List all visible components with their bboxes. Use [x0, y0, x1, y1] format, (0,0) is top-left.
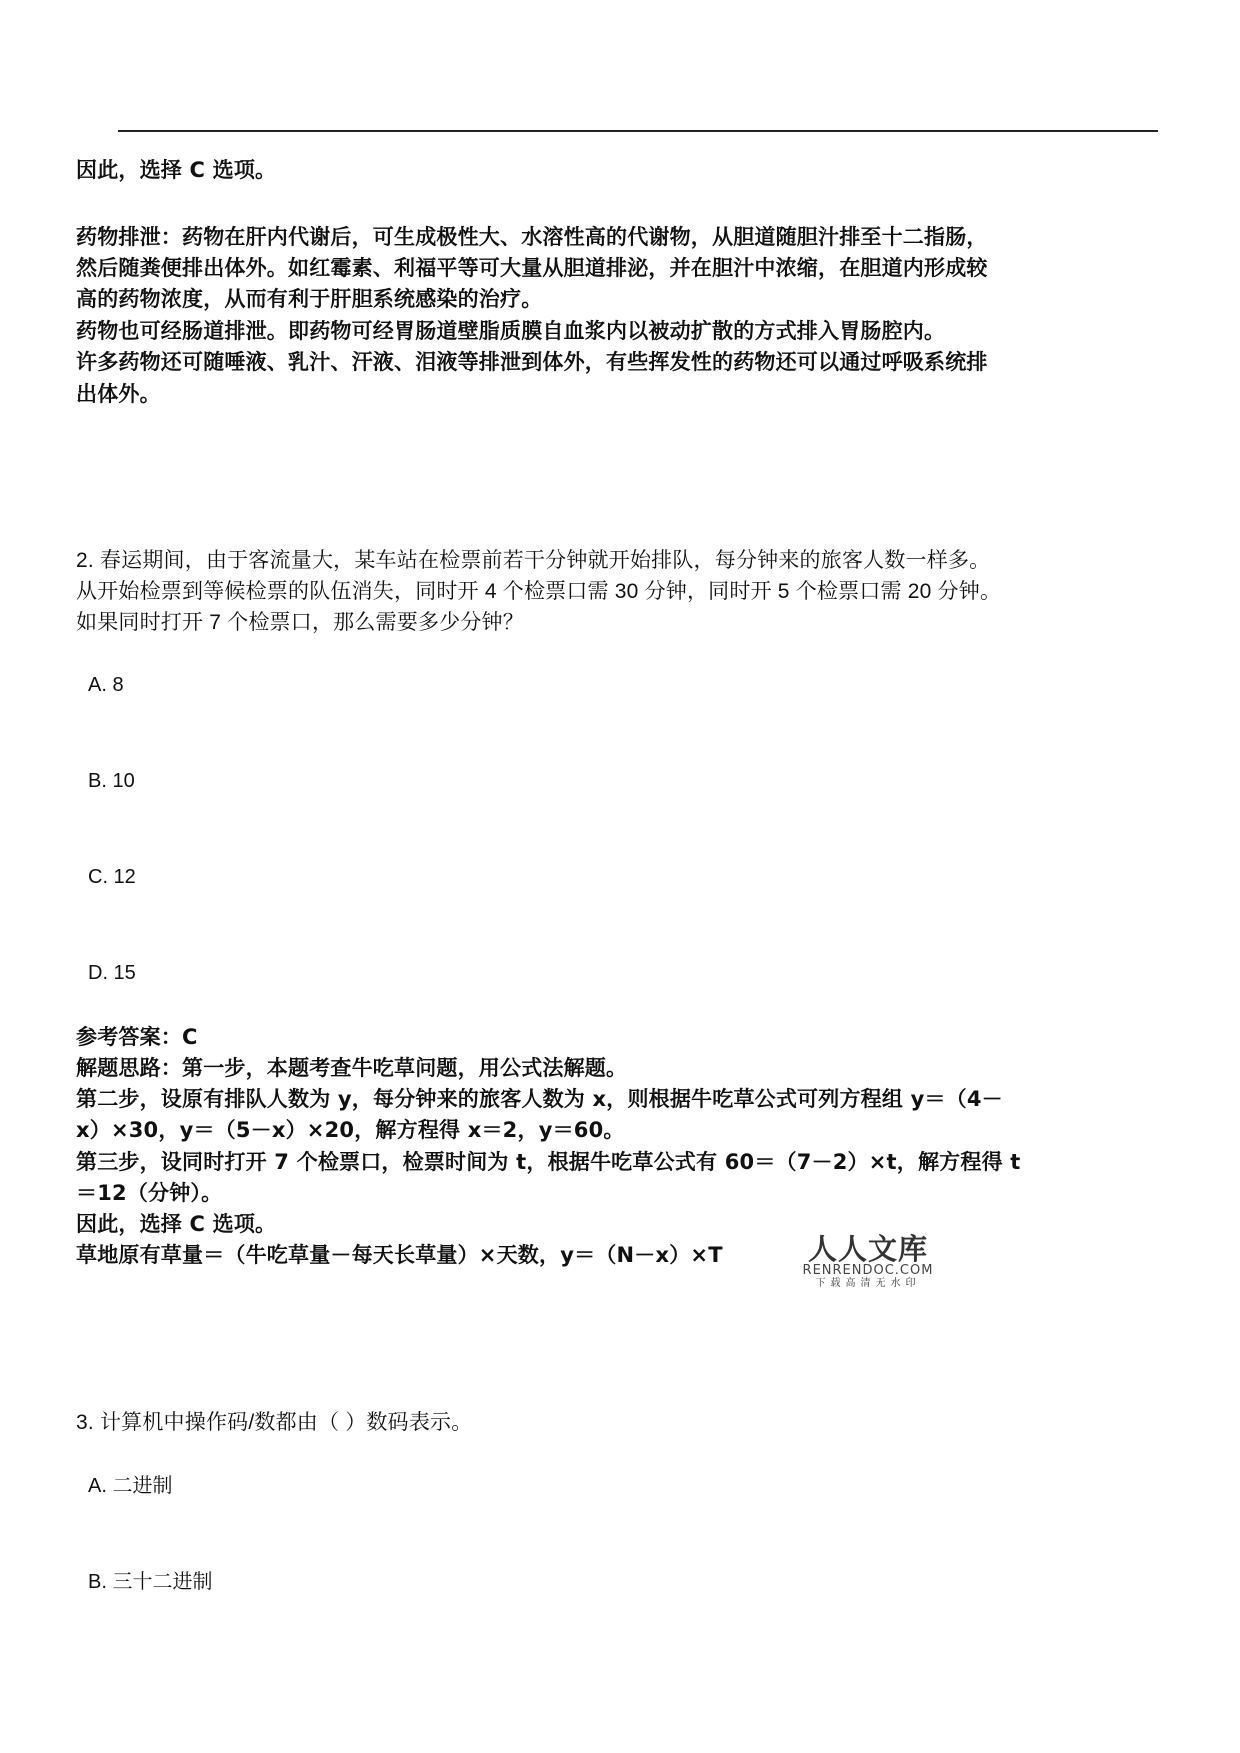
question-2-explanation-line: 第三步，设同时打开 7 个检票口，检票时间为 t，根据牛吃草公式有 60＝（7－…	[76, 1147, 1021, 1178]
prev-paragraph-line: 药物也可经肠道排泄。即药物可经胃肠道壁脂质膜自血浆内以被动扩散的方式排入胃肠腔内…	[76, 316, 945, 347]
question-3-stem: 3. 计算机中操作码/数都由（ ）数码表示。	[76, 1407, 472, 1438]
question-3-option-a: A. 二进制	[88, 1471, 172, 1502]
prev-paragraph-line: 药物排泄：药物在肝内代谢后，可生成极性大、水溶性高的代谢物，从胆道随胆汁排至十二…	[76, 222, 988, 253]
question-2-option-d: D. 15	[88, 958, 136, 989]
question-2-explanation-line: 第二步，设原有排队人数为 y，每分钟来的旅客人数为 x，则根据牛吃草公式可列方程…	[76, 1084, 1003, 1115]
prev-conclusion: 因此，选择 C 选项。	[76, 155, 276, 186]
watermark-title: 人人文库	[798, 1234, 938, 1264]
question-2-explanation-line: 草地原有草量＝（牛吃草量－每天长草量）×天数，y＝（N－x）×T	[76, 1240, 723, 1271]
question-2-explanation-line: 因此，选择 C 选项。	[76, 1209, 276, 1240]
question-2-answer: 参考答案：C	[76, 1022, 198, 1053]
question-2-option-b: B. 10	[88, 766, 135, 797]
watermark-subtitle: 下载高清无水印	[798, 1278, 938, 1290]
question-3-option-b: B. 三十二进制	[88, 1567, 212, 1598]
question-2-stem-line: 如果同时打开 7 个检票口，那么需要多少分钟？	[76, 607, 524, 638]
prev-paragraph-line: 然后随粪便排出体外。如红霉素、利福平等可大量从胆道排泌，并在胆汁中浓缩，在胆道内…	[76, 253, 988, 284]
question-2-explanation-line: 解题思路：第一步，本题考查牛吃草问题，用公式法解题。	[76, 1053, 627, 1084]
question-2-explanation-line: x）×30，y＝（5－x）×20，解方程得 x＝2，y＝60。	[76, 1115, 625, 1146]
prev-paragraph-line: 高的药物浓度，从而有利于肝胆系统感染的治疗。	[76, 284, 542, 315]
header-divider	[118, 130, 1158, 132]
watermark-logo: 人人文库 RENRENDOC.COM 下载高清无水印	[798, 1234, 938, 1290]
prev-paragraph-line: 出体外。	[76, 379, 161, 410]
question-2-option-c: C. 12	[88, 862, 136, 893]
prev-paragraph-line: 许多药物还可随唾液、乳汁、汗液、泪液等排泄到体外，有些挥发性的药物还可以通过呼吸…	[76, 347, 988, 378]
question-2-explanation-line: ＝12（分钟）。	[76, 1178, 222, 1209]
question-2-stem-line: 2. 春运期间，由于客流量大，某车站在检票前若干分钟就开始排队，每分钟来的旅客人…	[76, 545, 990, 576]
watermark-url: RENRENDOC.COM	[798, 1264, 938, 1278]
question-2-stem-line: 从开始检票到等候检票的队伍消失，同时开 4 个检票口需 30 分钟，同时开 5 …	[76, 576, 1001, 607]
question-2-option-a: A. 8	[88, 670, 124, 701]
